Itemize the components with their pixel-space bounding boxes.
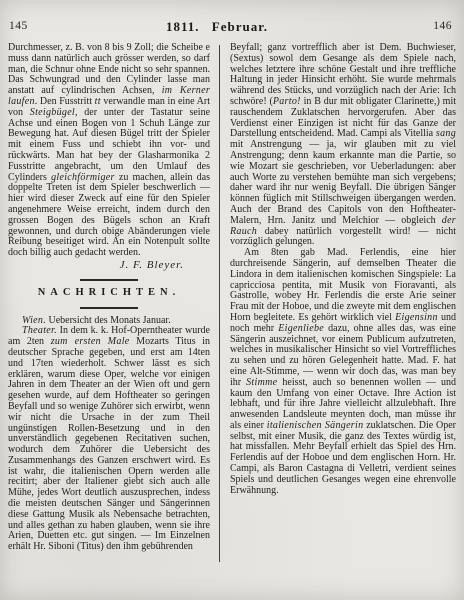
text-run: dabey natürlich vorgestellt wird! — nich… — [230, 226, 456, 248]
text-run: mit Anstrengung — ja, wir glauben mit zu… — [230, 139, 456, 226]
author-signature: J. F. Bleyer. — [8, 260, 210, 271]
column-divider-rule — [219, 45, 220, 562]
italic-text-run: Stimme — [246, 377, 277, 388]
paragraph: Durchmesser, z. B. von 8 bis 9 Zoll; die… — [8, 43, 210, 259]
text-run: . Den Fusstritt — [35, 96, 95, 107]
section-divider-rule — [80, 279, 138, 281]
paragraph: Beyfall; ganz vortrefflich aber ist Dem.… — [230, 43, 456, 248]
italic-text-run: Theater. — [22, 325, 57, 336]
text-run: zu machen, allein das doppelte Treten is… — [8, 172, 210, 259]
italic-text-run: Wien. — [22, 315, 46, 326]
text-run: Uebersicht des Monats Januar. — [46, 315, 171, 326]
italic-text-run: Steigbügel — [30, 107, 75, 118]
italic-text-run: Eigenliebe — [278, 323, 324, 334]
scanned-journal-page: 145 1811. Februar. 146 Durchmesser, z. B… — [0, 0, 464, 600]
paragraph: Am 8ten gab Mad. Ferlendis, eine hier du… — [230, 248, 456, 496]
text-run: zuklatschen. Die Oper selbst, mit einer … — [230, 420, 456, 496]
section-heading: NACHRICHTEN. — [8, 288, 210, 299]
italic-text-run: Parto! — [273, 96, 301, 107]
italic-text-run: Eigensinn — [395, 312, 438, 323]
page-number-right: 146 — [433, 20, 452, 32]
right-text-column: Beyfall; ganz vortrefflich aber ist Dem.… — [230, 43, 456, 496]
text-run: Mozarts Titus in deutscher Sprache gegeb… — [8, 336, 210, 552]
italic-text-run: italienischen Sängerin — [267, 420, 364, 431]
italic-text-run: gleichförmiger — [51, 172, 115, 183]
section-divider-rule — [80, 307, 138, 309]
page-header-title: 1811. Februar. — [0, 19, 434, 35]
left-text-column: Durchmesser, z. B. von 8 bis 9 Zoll; die… — [8, 43, 210, 553]
paragraph: Theater. In dem k. k. Hof-Operntheater w… — [8, 326, 210, 553]
italic-text-run: zum ersten Male — [51, 336, 130, 347]
running-head: 145 1811. Februar. 146 — [0, 20, 464, 38]
italic-text-run: sang — [436, 128, 456, 139]
